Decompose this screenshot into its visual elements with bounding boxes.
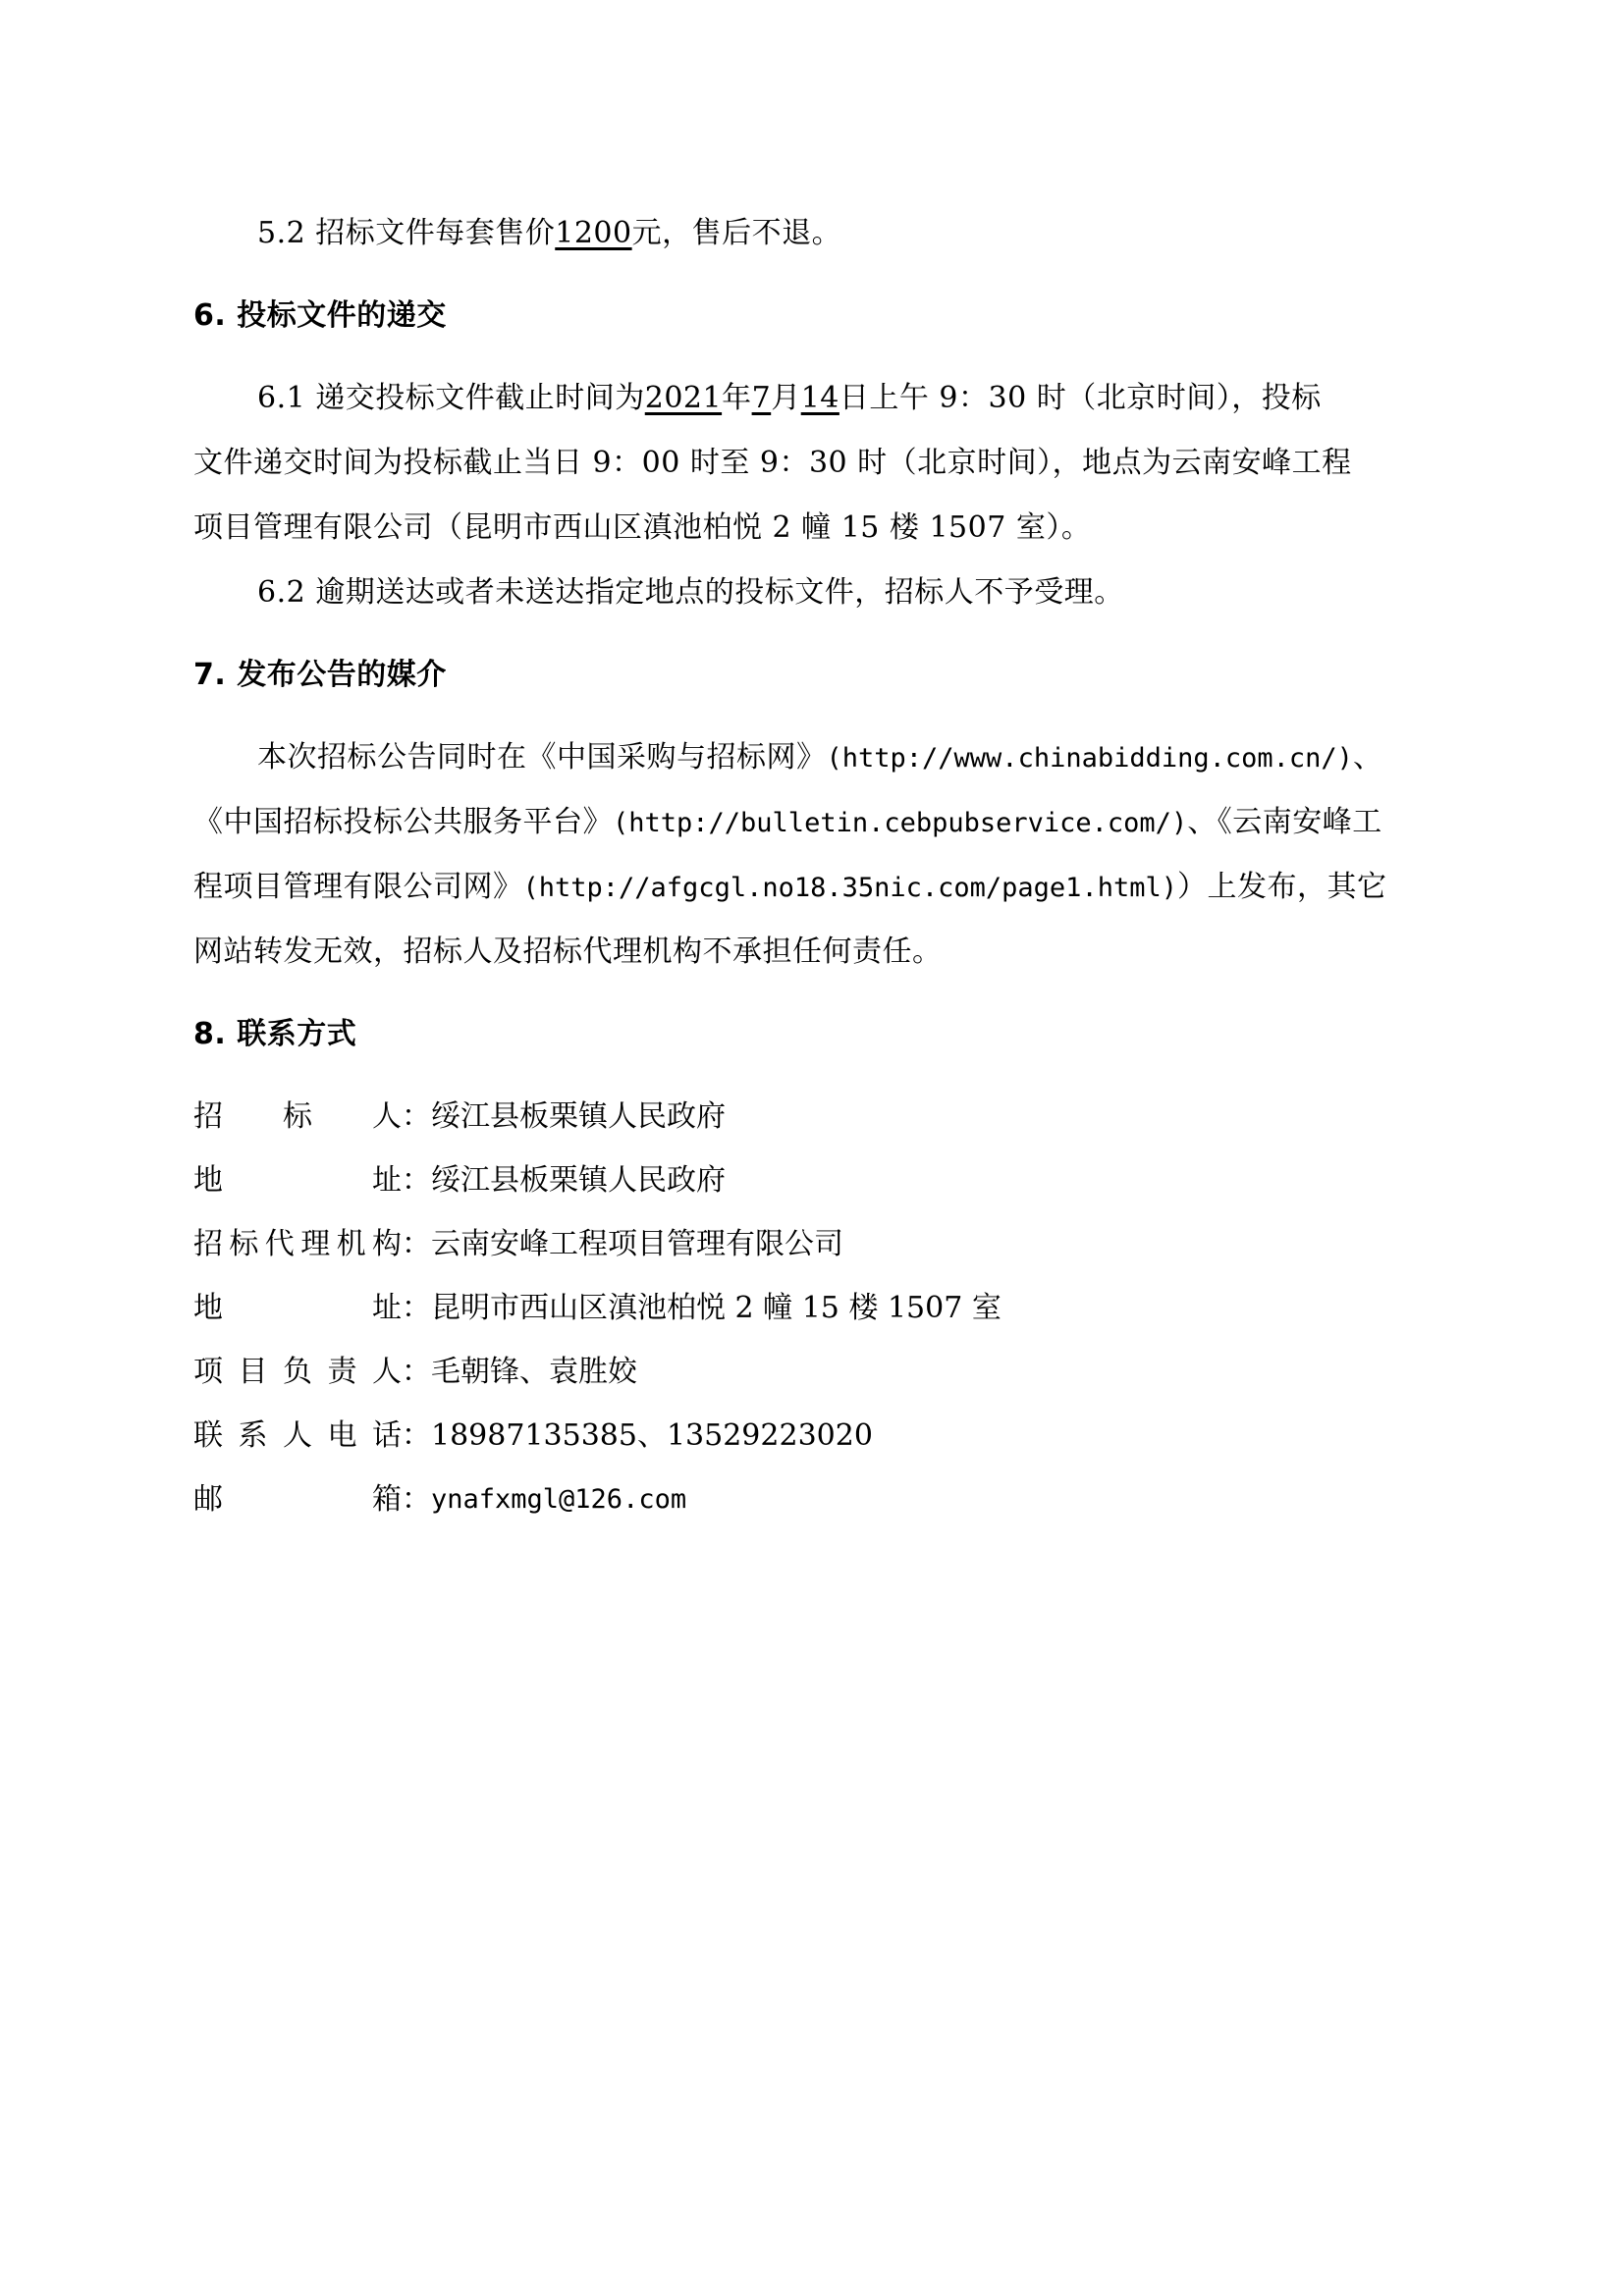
paragraph-6-2: 6.2 逾期送达或者未送达指定地点的投标文件，招标人不予受理。 (257, 573, 1499, 613)
contact-label: 地址 (193, 1161, 402, 1201)
deadline-prefix: 6.1 递交投标文件截止时间为 (257, 381, 645, 415)
contact-row-agency-address: 地址：昆明市西山区滇池柏悦 2 幢 15 楼 1507 室 (193, 1289, 1001, 1328)
colon: ： (402, 1289, 431, 1328)
colon: ： (402, 1416, 431, 1456)
contact-value: ynafxmgl@126.com (431, 1480, 686, 1520)
colon: ： (402, 1480, 431, 1520)
media-line-1: 本次招标公告同时在《中国采购与招标网》(http://www.chinabidd… (257, 738, 1435, 778)
month-unit: 月 (771, 381, 801, 415)
media-line-3: 程项目管理有限公司网》(http://afgcgl.no18.35nic.com… (193, 868, 1435, 908)
colon: ： (402, 1161, 431, 1201)
media-3-name: 程项目管理有限公司网》 (193, 870, 523, 904)
contact-label: 地址 (193, 1289, 402, 1328)
colon: ： (402, 1353, 431, 1392)
deadline-suffix: 日上午 9：30 时（北京时间），投标 (839, 381, 1322, 415)
paragraph-6-1-line3: 项目管理有限公司（昆明市西山区滇池柏悦 2 幢 15 楼 1507 室）。 (193, 508, 1435, 548)
document-page: 5.2 招标文件每套售价1200元，售后不退。 6. 投标文件的递交 6.1 递… (0, 0, 1624, 2296)
media-line-4: 网站转发无效，招标人及招标代理机构不承担任何责任。 (193, 933, 1435, 972)
contact-value: 18987135385、13529223020 (431, 1416, 873, 1456)
contact-label: 邮箱 (193, 1480, 402, 1520)
contact-value: 云南安峰工程项目管理有限公司 (431, 1225, 843, 1264)
contact-row-tenderer-address: 地址：绥江县板栗镇人民政府 (193, 1161, 726, 1201)
contact-value: 昆明市西山区滇池柏悦 2 幢 15 楼 1507 室 (431, 1289, 1001, 1328)
paragraph-6-1-line1: 6.1 递交投标文件截止时间为2021年7月14日上午 9：30 时（北京时间）… (257, 379, 1435, 418)
contact-value: 绥江县板栗镇人民政府 (431, 1097, 726, 1137)
colon: ： (402, 1225, 431, 1264)
contact-row-phone: 联系人电话：18987135385、13529223020 (193, 1416, 873, 1456)
deadline-year: 2021 (645, 381, 722, 415)
paragraph-6-1-line2: 文件递交时间为投标截止当日 9：00 时至 9：30 时（北京时间），地点为云南… (193, 444, 1435, 483)
media-3-url: (http://afgcgl.no18.35nic.com/page1.html… (523, 873, 1177, 903)
media-1-url: (http://www.chinabidding.com.cn/) (827, 743, 1353, 774)
media-2-name: 《中国招标投标公共服务平台》 (193, 805, 613, 839)
price-value: 1200 (555, 216, 631, 250)
contact-row-email: 邮箱：ynafxmgl@126.com (193, 1480, 686, 1520)
media-1-name: 本次招标公告同时在《中国采购与招标网》 (257, 740, 827, 774)
contact-value: 绥江县板栗镇人民政府 (431, 1161, 726, 1201)
paragraph-5-2: 5.2 招标文件每套售价1200元，售后不退。 (257, 214, 1499, 253)
media-1-sep: 、 (1353, 740, 1383, 774)
contact-label: 联系人电话 (193, 1416, 402, 1456)
media-2-url: (http://bulletin.cebpubservice.com/) (613, 808, 1187, 838)
section-6-heading: 6. 投标文件的递交 (193, 296, 1435, 336)
colon: ： (402, 1097, 431, 1137)
price-prefix: 5.2 招标文件每套售价 (257, 216, 555, 250)
contact-row-tenderer: 招标人：绥江县板栗镇人民政府 (193, 1097, 726, 1137)
contact-row-project-lead: 项目负责人：毛朝锋、袁胜姣 (193, 1353, 637, 1392)
deadline-month: 7 (752, 381, 772, 415)
price-suffix: 元，售后不退。 (632, 216, 842, 250)
contact-value: 毛朝锋、袁胜姣 (431, 1353, 637, 1392)
section-8-heading: 8. 联系方式 (193, 1015, 1435, 1054)
year-unit: 年 (722, 381, 752, 415)
contact-label: 招标人 (193, 1097, 402, 1137)
media-line-2: 《中国招标投标公共服务平台》(http://bulletin.cebpubser… (193, 803, 1435, 843)
section-7-heading: 7. 发布公告的媒介 (193, 656, 1435, 695)
contact-label: 项目负责人 (193, 1353, 402, 1392)
contact-row-agency: 招标代理机构：云南安峰工程项目管理有限公司 (193, 1225, 843, 1264)
deadline-day: 14 (801, 381, 839, 415)
media-3-end: ）上发布，其它 (1177, 870, 1387, 904)
media-2-sep: 、《云南安峰工 (1187, 805, 1382, 839)
contact-label: 招标代理机构 (193, 1225, 402, 1264)
